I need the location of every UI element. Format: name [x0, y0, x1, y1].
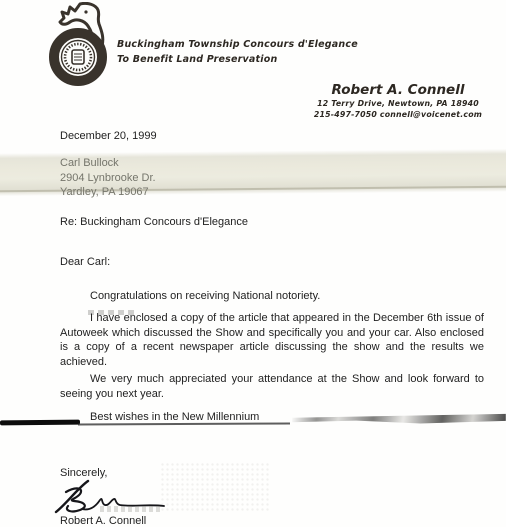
scan-smudge-artifact-2: [100, 506, 162, 512]
recipient-city: Yardley, PA 19067: [60, 185, 156, 200]
paragraph-1: Congratulations on receiving National no…: [60, 289, 484, 304]
sender-contact: 215-497-7050 connell@voicenet.com: [290, 109, 506, 120]
recipient-address: Carl Bullock 2904 Lynbrooke Dr. Yardley,…: [60, 156, 156, 200]
sender-name: Robert A. Connell: [290, 82, 506, 98]
org-name: Buckingham Township Concours d'Elegance: [117, 37, 358, 52]
paragraph-2: I have enclosed a copy of the article th…: [60, 311, 484, 369]
letter-date: December 20, 1999: [60, 129, 157, 144]
fold-smudge-right-artifact: [292, 411, 506, 427]
club-logo-horse-tire-icon: [42, 2, 120, 86]
scan-noise-artifact: [160, 462, 270, 512]
salutation: Dear Carl:: [60, 255, 110, 270]
letterhead-org-lines: Buckingham Township Concours d'Elegance …: [117, 37, 358, 67]
fold-line-left-artifact: [0, 420, 80, 426]
subject-line: Re: Buckingham Concours d'Elegance: [60, 215, 248, 230]
signed-name: Robert A. Connell: [60, 514, 146, 527]
paragraph-3: We very much appreciated your attendance…: [60, 372, 484, 401]
scanned-letter-page: Buckingham Township Concours d'Elegance …: [0, 0, 506, 527]
sender-address: 12 Terry Drive, Newtown, PA 18940: [290, 98, 506, 109]
recipient-name: Carl Bullock: [60, 156, 156, 171]
org-tagline: To Benefit Land Preservation: [117, 52, 358, 67]
fold-underline-artifact: [78, 422, 290, 425]
recipient-street: 2904 Lynbrooke Dr.: [60, 171, 156, 186]
sender-block: Robert A. Connell 12 Terry Drive, Newtow…: [290, 82, 506, 120]
